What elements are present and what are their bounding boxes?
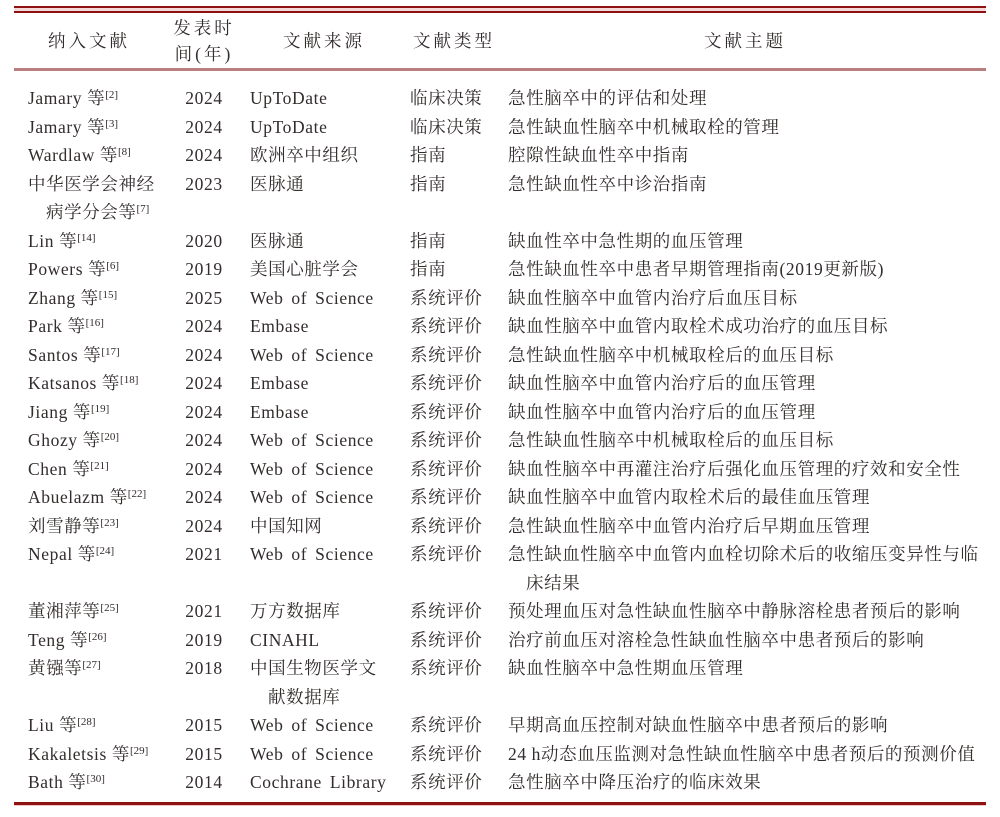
reference-superscript: [6] <box>106 260 119 272</box>
source-cell: UpToDate <box>244 113 404 142</box>
year-cell: 2020 <box>164 227 244 256</box>
author-cell: Lin 等[14] <box>14 227 164 256</box>
source-cell: Web of Science <box>244 740 404 769</box>
type-cell: 临床决策 <box>404 113 504 142</box>
source-cell: Web of Science <box>244 341 404 370</box>
topic-line: 治疗前血压对溶栓急性缺血性脑卒中患者预后的影响 <box>508 626 986 655</box>
topic-line: 预处理血压对急性缺血性脑卒中静脉溶栓患者预后的影响 <box>508 597 986 626</box>
author-line: 病学分会等[7] <box>28 198 164 227</box>
source-line: 献数据库 <box>250 683 404 712</box>
type-cell: 系统评价 <box>404 398 504 427</box>
topic-cell: 急性脑卒中降压治疗的临床效果 <box>504 768 986 803</box>
topic-cell: 缺血性脑卒中血管内治疗后血压目标 <box>504 284 986 313</box>
author-line: Abuelazm 等[22] <box>28 483 164 512</box>
source-line: Web of Science <box>250 483 404 512</box>
source-cell: Web of Science <box>244 426 404 455</box>
source-line: Web of Science <box>250 455 404 484</box>
year-cell: 2024 <box>164 426 244 455</box>
year-cell: 2023 <box>164 170 244 227</box>
author-line: Kakaletsis 等[29] <box>28 740 164 769</box>
table-row: Chen 等[21]2024Web of Science系统评价缺血性脑卒中再灌… <box>14 455 986 484</box>
author-line: Park 等[16] <box>28 312 164 341</box>
topic-line: 24 h动态血压监测对急性缺血性脑卒中患者预后的预测价值 <box>508 740 986 769</box>
table-header: 纳入文献 发表时 间(年) 文献来源 文献类型 文献主题 <box>14 13 986 70</box>
table-row: Jamary 等[3]2024UpToDate临床决策急性缺血性脑卒中机械取栓的… <box>14 113 986 142</box>
table-row: Bath 等[30]2014Cochrane Library系统评价急性脑卒中降… <box>14 768 986 803</box>
source-line: Cochrane Library <box>250 768 404 797</box>
author-line: Jamary 等[2] <box>28 84 164 113</box>
source-line: 欧洲卒中组织 <box>250 141 404 170</box>
type-cell: 系统评价 <box>404 483 504 512</box>
type-cell: 系统评价 <box>404 740 504 769</box>
topic-cell: 缺血性脑卒中血管内取栓术成功治疗的血压目标 <box>504 312 986 341</box>
type-cell: 系统评价 <box>404 512 504 541</box>
year-cell: 2024 <box>164 455 244 484</box>
reference-superscript: [23] <box>100 517 118 529</box>
type-cell: 系统评价 <box>404 654 504 711</box>
author-cell: Abuelazm 等[22] <box>14 483 164 512</box>
reference-superscript: [17] <box>101 346 119 358</box>
year-cell: 2024 <box>164 312 244 341</box>
reference-superscript: [15] <box>99 289 117 301</box>
reference-superscript: [25] <box>100 602 118 614</box>
author-cell: Jamary 等[3] <box>14 113 164 142</box>
table-row: 董湘萍等[25]2021万方数据库系统评价预处理血压对急性缺血性脑卒中静脉溶栓患… <box>14 597 986 626</box>
source-cell: Embase <box>244 398 404 427</box>
author-line: Jiang 等[19] <box>28 398 164 427</box>
type-cell: 系统评价 <box>404 626 504 655</box>
reference-superscript: [14] <box>77 232 95 244</box>
year-cell: 2024 <box>164 113 244 142</box>
author-cell: Nepal 等[24] <box>14 540 164 597</box>
year-cell: 2021 <box>164 597 244 626</box>
topic-line: 腔隙性缺血性卒中指南 <box>508 141 986 170</box>
table-row: Abuelazm 等[22]2024Web of Science系统评价缺血性脑… <box>14 483 986 512</box>
reference-superscript: [19] <box>91 403 109 415</box>
header-literature-topic: 文献主题 <box>504 13 986 70</box>
source-line: 中国生物医学文 <box>250 654 404 683</box>
source-cell: Embase <box>244 369 404 398</box>
topic-cell: 急性脑卒中的评估和处理 <box>504 70 986 113</box>
table-body: Jamary 等[2]2024UpToDate临床决策急性脑卒中的评估和处理Ja… <box>14 70 986 804</box>
header-label: 文献类型 <box>413 31 495 51</box>
reference-superscript: [7] <box>137 203 150 215</box>
topic-line: 缺血性脑卒中再灌注治疗后强化血压管理的疗效和安全性 <box>508 455 986 484</box>
header-label: 文献主题 <box>704 31 786 51</box>
author-line: 董湘萍等[25] <box>28 597 164 626</box>
type-cell: 指南 <box>404 170 504 227</box>
source-cell: 医脉通 <box>244 170 404 227</box>
type-cell: 系统评价 <box>404 312 504 341</box>
author-cell: Katsanos 等[18] <box>14 369 164 398</box>
header-label: 文献来源 <box>283 31 365 51</box>
source-cell: 医脉通 <box>244 227 404 256</box>
year-cell: 2015 <box>164 711 244 740</box>
table-row: Nepal 等[24]2021Web of Science系统评价急性缺血性脑卒… <box>14 540 986 597</box>
author-cell: Bath 等[30] <box>14 768 164 803</box>
reference-superscript: [24] <box>96 545 114 557</box>
topic-cell: 缺血性脑卒中血管内治疗后的血压管理 <box>504 369 986 398</box>
author-cell: 董湘萍等[25] <box>14 597 164 626</box>
author-line: Liu 等[28] <box>28 711 164 740</box>
source-cell: CINAHL <box>244 626 404 655</box>
source-cell: Web of Science <box>244 540 404 597</box>
topic-cell: 急性缺血性卒中诊治指南 <box>504 170 986 227</box>
table-row: Wardlaw 等[8]2024欧洲卒中组织指南腔隙性缺血性卒中指南 <box>14 141 986 170</box>
author-line: Ghozy 等[20] <box>28 426 164 455</box>
table-row: Katsanos 等[18]2024Embase系统评价缺血性脑卒中血管内治疗后… <box>14 369 986 398</box>
topic-cell: 缺血性脑卒中急性期血压管理 <box>504 654 986 711</box>
topic-line: 缺血性脑卒中血管内取栓术后的最佳血压管理 <box>508 483 986 512</box>
reference-superscript: [26] <box>88 631 106 643</box>
source-line: 万方数据库 <box>250 597 404 626</box>
year-cell: 2024 <box>164 369 244 398</box>
source-cell: 中国知网 <box>244 512 404 541</box>
table-row: Santos 等[17]2024Web of Science系统评价急性缺血性脑… <box>14 341 986 370</box>
author-cell: Jamary 等[2] <box>14 70 164 113</box>
table-row: 刘雪静等[23]2024中国知网系统评价急性缺血性脑卒中血管内治疗后早期血压管理 <box>14 512 986 541</box>
source-line: 美国心脏学会 <box>250 255 404 284</box>
author-cell: Park 等[16] <box>14 312 164 341</box>
reference-superscript: [29] <box>130 745 148 757</box>
table-row: 黄镪等[27]2018中国生物医学文献数据库系统评价缺血性脑卒中急性期血压管理 <box>14 654 986 711</box>
type-cell: 系统评价 <box>404 426 504 455</box>
topic-cell: 缺血性卒中急性期的血压管理 <box>504 227 986 256</box>
topic-line: 急性缺血性脑卒中机械取栓后的血压目标 <box>508 426 986 455</box>
source-line: Web of Science <box>250 540 404 569</box>
source-line: Web of Science <box>250 426 404 455</box>
table-row: Jiang 等[19]2024Embase系统评价缺血性脑卒中血管内治疗后的血压… <box>14 398 986 427</box>
author-line: 黄镪等[27] <box>28 654 164 683</box>
topic-cell: 急性缺血性脑卒中机械取栓的管理 <box>504 113 986 142</box>
topic-line: 缺血性脑卒中急性期血压管理 <box>508 654 986 683</box>
topic-cell: 缺血性脑卒中血管内治疗后的血压管理 <box>504 398 986 427</box>
author-cell: Wardlaw 等[8] <box>14 141 164 170</box>
source-line: Web of Science <box>250 740 404 769</box>
reference-superscript: [2] <box>105 89 118 101</box>
topic-line: 急性缺血性脑卒中机械取栓的管理 <box>508 113 986 142</box>
topic-cell: 急性缺血性脑卒中机械取栓后的血压目标 <box>504 426 986 455</box>
table-row: Powers 等[6]2019美国心脏学会指南急性缺血性卒中患者早期管理指南(2… <box>14 255 986 284</box>
topic-cell: 急性缺血性脑卒中血管内血栓切除术后的收缩压变异性与临床结果 <box>504 540 986 597</box>
source-line: Embase <box>250 369 404 398</box>
reference-superscript: [27] <box>82 659 100 671</box>
topic-line: 急性缺血性卒中诊治指南 <box>508 170 986 199</box>
topic-line: 急性脑卒中的评估和处理 <box>508 84 986 113</box>
author-line: Nepal 等[24] <box>28 540 164 569</box>
topic-cell: 早期高血压控制对缺血性脑卒中患者预后的影响 <box>504 711 986 740</box>
topic-line: 急性脑卒中降压治疗的临床效果 <box>508 768 986 797</box>
author-line: 刘雪静等[23] <box>28 512 164 541</box>
reference-superscript: [3] <box>105 118 118 130</box>
table-row: Liu 等[28]2015Web of Science系统评价早期高血压控制对缺… <box>14 711 986 740</box>
author-line: Teng 等[26] <box>28 626 164 655</box>
year-cell: 2024 <box>164 70 244 113</box>
reference-superscript: [8] <box>118 146 131 158</box>
type-cell: 指南 <box>404 141 504 170</box>
topic-line: 急性缺血性脑卒中机械取栓后的血压目标 <box>508 341 986 370</box>
literature-table-page: 纳入文献 发表时 间(年) 文献来源 文献类型 文献主题 <box>0 0 1000 817</box>
table-row: Ghozy 等[20]2024Web of Science系统评价急性缺血性脑卒… <box>14 426 986 455</box>
author-line: Jamary 等[3] <box>28 113 164 142</box>
topic-cell: 24 h动态血压监测对急性缺血性脑卒中患者预后的预测价值 <box>504 740 986 769</box>
source-cell: Web of Science <box>244 455 404 484</box>
topic-cell: 缺血性脑卒中再灌注治疗后强化血压管理的疗效和安全性 <box>504 455 986 484</box>
year-cell: 2018 <box>164 654 244 711</box>
source-cell: Web of Science <box>244 483 404 512</box>
source-line: UpToDate <box>250 84 404 113</box>
table-row: Zhang 等[15]2025Web of Science系统评价缺血性脑卒中血… <box>14 284 986 313</box>
author-cell: Teng 等[26] <box>14 626 164 655</box>
source-cell: Embase <box>244 312 404 341</box>
topic-line: 急性缺血性卒中患者早期管理指南(2019更新版) <box>508 255 986 284</box>
source-line: Embase <box>250 398 404 427</box>
type-cell: 临床决策 <box>404 70 504 113</box>
author-cell: Liu 等[28] <box>14 711 164 740</box>
year-cell: 2019 <box>164 626 244 655</box>
topic-line: 缺血性脑卒中血管内治疗后的血压管理 <box>508 369 986 398</box>
reference-superscript: [16] <box>86 317 104 329</box>
topic-line: 急性缺血性脑卒中血管内血栓切除术后的收缩压变异性与临 <box>508 540 986 569</box>
topic-cell: 急性缺血性卒中患者早期管理指南(2019更新版) <box>504 255 986 284</box>
type-cell: 系统评价 <box>404 369 504 398</box>
author-cell: Jiang 等[19] <box>14 398 164 427</box>
reference-superscript: [28] <box>77 716 95 728</box>
topic-line: 床结果 <box>508 569 986 598</box>
source-cell: 美国心脏学会 <box>244 255 404 284</box>
table-row: Lin 等[14]2020医脉通指南缺血性卒中急性期的血压管理 <box>14 227 986 256</box>
header-label-line2: 间(年) <box>164 41 244 67</box>
source-line: Web of Science <box>250 284 404 313</box>
author-cell: Chen 等[21] <box>14 455 164 484</box>
year-cell: 2024 <box>164 341 244 370</box>
header-label-line1: 发表时 <box>164 15 244 41</box>
year-cell: 2019 <box>164 255 244 284</box>
reference-superscript: [18] <box>120 374 138 386</box>
type-cell: 系统评价 <box>404 540 504 597</box>
source-cell: 万方数据库 <box>244 597 404 626</box>
type-cell: 系统评价 <box>404 341 504 370</box>
header-literature-type: 文献类型 <box>404 13 504 70</box>
type-cell: 系统评价 <box>404 711 504 740</box>
topic-cell: 预处理血压对急性缺血性脑卒中静脉溶栓患者预后的影响 <box>504 597 986 626</box>
year-cell: 2014 <box>164 768 244 803</box>
table-row: Park 等[16]2024Embase系统评价缺血性脑卒中血管内取栓术成功治疗… <box>14 312 986 341</box>
year-cell: 2024 <box>164 483 244 512</box>
author-line: 中华医学会神经 <box>28 170 164 199</box>
header-label: 纳入文献 <box>48 31 130 51</box>
topic-cell: 腔隙性缺血性卒中指南 <box>504 141 986 170</box>
year-cell: 2025 <box>164 284 244 313</box>
author-line: Bath 等[30] <box>28 768 164 797</box>
header-row: 纳入文献 发表时 间(年) 文献来源 文献类型 文献主题 <box>14 13 986 70</box>
year-cell: 2021 <box>164 540 244 597</box>
type-cell: 指南 <box>404 255 504 284</box>
year-cell: 2024 <box>164 512 244 541</box>
source-cell: Web of Science <box>244 711 404 740</box>
year-cell: 2024 <box>164 141 244 170</box>
topic-cell: 治疗前血压对溶栓急性缺血性脑卒中患者预后的影响 <box>504 626 986 655</box>
author-cell: Ghozy 等[20] <box>14 426 164 455</box>
author-line: Santos 等[17] <box>28 341 164 370</box>
reference-superscript: [20] <box>101 431 119 443</box>
source-line: CINAHL <box>250 626 404 655</box>
table-row: Teng 等[26]2019CINAHL系统评价治疗前血压对溶栓急性缺血性脑卒中… <box>14 626 986 655</box>
table-row: 中华医学会神经病学分会等[7]2023医脉通指南急性缺血性卒中诊治指南 <box>14 170 986 227</box>
topic-line: 缺血性脑卒中血管内治疗后血压目标 <box>508 284 986 313</box>
year-cell: 2024 <box>164 398 244 427</box>
type-cell: 系统评价 <box>404 455 504 484</box>
source-cell: 中国生物医学文献数据库 <box>244 654 404 711</box>
type-cell: 系统评价 <box>404 284 504 313</box>
author-line: Lin 等[14] <box>28 227 164 256</box>
author-line: Zhang 等[15] <box>28 284 164 313</box>
source-line: Embase <box>250 312 404 341</box>
author-cell: 中华医学会神经病学分会等[7] <box>14 170 164 227</box>
header-included-literature: 纳入文献 <box>14 13 164 70</box>
reference-superscript: [21] <box>90 460 108 472</box>
topic-cell: 急性缺血性脑卒中机械取栓后的血压目标 <box>504 341 986 370</box>
reference-superscript: [22] <box>128 488 146 500</box>
reference-superscript: [30] <box>87 773 105 785</box>
source-cell: Cochrane Library <box>244 768 404 803</box>
author-cell: Santos 等[17] <box>14 341 164 370</box>
source-line: Web of Science <box>250 341 404 370</box>
source-line: 医脉通 <box>250 170 404 199</box>
topic-line: 缺血性卒中急性期的血压管理 <box>508 227 986 256</box>
header-publication-year: 发表时 间(年) <box>164 13 244 70</box>
header-literature-source: 文献来源 <box>244 13 404 70</box>
author-cell: Powers 等[6] <box>14 255 164 284</box>
topic-line: 早期高血压控制对缺血性脑卒中患者预后的影响 <box>508 711 986 740</box>
author-line: Katsanos 等[18] <box>28 369 164 398</box>
source-cell: Web of Science <box>244 284 404 313</box>
table-top-rule <box>14 6 986 13</box>
type-cell: 指南 <box>404 227 504 256</box>
source-line: UpToDate <box>250 113 404 142</box>
table-row: Kakaletsis 等[29]2015Web of Science系统评价24… <box>14 740 986 769</box>
author-cell: Zhang 等[15] <box>14 284 164 313</box>
topic-line: 缺血性脑卒中血管内取栓术成功治疗的血压目标 <box>508 312 986 341</box>
author-line: Chen 等[21] <box>28 455 164 484</box>
author-line: Powers 等[6] <box>28 255 164 284</box>
author-cell: Kakaletsis 等[29] <box>14 740 164 769</box>
source-line: 医脉通 <box>250 227 404 256</box>
topic-line: 急性缺血性脑卒中血管内治疗后早期血压管理 <box>508 512 986 541</box>
source-cell: 欧洲卒中组织 <box>244 141 404 170</box>
author-cell: 黄镪等[27] <box>14 654 164 711</box>
author-cell: 刘雪静等[23] <box>14 512 164 541</box>
topic-line: 缺血性脑卒中血管内治疗后的血压管理 <box>508 398 986 427</box>
source-line: 中国知网 <box>250 512 404 541</box>
source-line: Web of Science <box>250 711 404 740</box>
author-line: Wardlaw 等[8] <box>28 141 164 170</box>
topic-cell: 急性缺血性脑卒中血管内治疗后早期血压管理 <box>504 512 986 541</box>
type-cell: 系统评价 <box>404 768 504 803</box>
source-cell: UpToDate <box>244 70 404 113</box>
year-cell: 2015 <box>164 740 244 769</box>
included-literature-table: 纳入文献 发表时 间(年) 文献来源 文献类型 文献主题 <box>14 6 986 805</box>
type-cell: 系统评价 <box>404 597 504 626</box>
topic-cell: 缺血性脑卒中血管内取栓术后的最佳血压管理 <box>504 483 986 512</box>
table-row: Jamary 等[2]2024UpToDate临床决策急性脑卒中的评估和处理 <box>14 70 986 113</box>
